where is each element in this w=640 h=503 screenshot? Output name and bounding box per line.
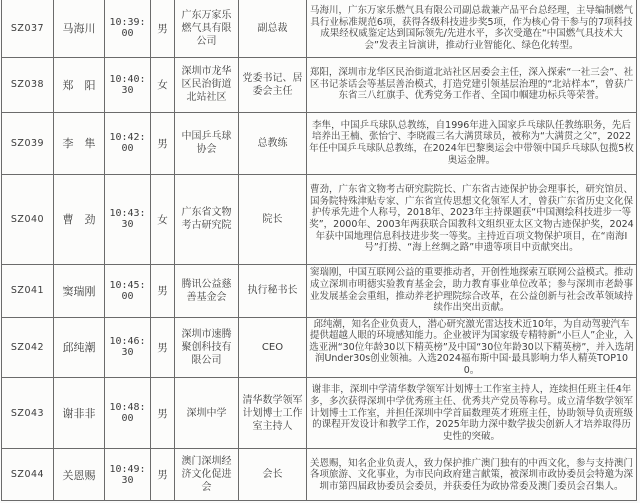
cell-gender: 男 [151, 0, 175, 57]
table-row: SZ041 窦瑞刚 10:45:00 男 腾讯公益慈善基金会 执行秘书长 窦瑞刚… [2, 264, 637, 317]
cell-entry-id: SZ041 [2, 264, 54, 317]
cell-gender: 男 [151, 264, 175, 317]
cell-time: 10:43:30 [105, 174, 151, 264]
table-row: SZ043 谢非非 10:48:00 男 深圳中学 清华数学领军计划博士工作室主… [2, 378, 637, 449]
cell-description: 窦瑞刚，中国互联网公益的重要推动者，开创性地探索互联网公益模式。推动成立深圳市明… [307, 264, 637, 317]
cell-organization: 腾讯公益慈善基金会 [175, 264, 239, 317]
cell-gender: 男 [151, 449, 175, 501]
roster-table-page: SZ037 马海川 10:39:00 男 广东万家乐燃气具有限公司 副总裁 马海… [0, 0, 640, 503]
cell-position: 副总裁 [239, 0, 307, 57]
cell-description: 马海川，广东万家乐燃气具有限公司副总裁兼产品平台总经理，主导编制燃气具行业标准规… [307, 0, 637, 57]
cell-entry-id: SZ040 [2, 174, 54, 264]
cell-time: 10:45:00 [105, 264, 151, 317]
cell-name: 关恩赐 [54, 449, 105, 501]
table-row: SZ042 邱纯潮 10:46:30 男 深圳市速腾聚创科技有限公司 CEO 邱… [2, 317, 637, 378]
cell-name: 郑 阳 [54, 57, 105, 112]
cell-position: CEO [239, 317, 307, 378]
cell-entry-id: SZ038 [2, 57, 54, 112]
table-row: SZ039 李 隼 10:42:00 男 中国乒乓球协会 总教练 李隼，中国乒乓… [2, 112, 637, 174]
table-row: SZ040 曹 劲 10:43:30 女 广东省文物考古研究院 院长 曹劲，广东… [2, 174, 637, 264]
cell-position: 会长 [239, 449, 307, 501]
roster-table-body: SZ037 马海川 10:39:00 男 广东万家乐燃气具有限公司 副总裁 马海… [2, 0, 637, 501]
cell-gender: 男 [151, 112, 175, 174]
cell-position: 党委书记、居委会主任 [239, 57, 307, 112]
table-row: SZ038 郑 阳 10:40:30 女 深圳市龙华区民治街道北站社区 党委书记… [2, 57, 637, 112]
cell-entry-id: SZ043 [2, 378, 54, 449]
cell-description: 李隼，中国乒乓球队总教练，自1996年进入国家乒乓球队任教练职务，先后培养出王楠… [307, 112, 637, 174]
cell-time: 10:48:00 [105, 378, 151, 449]
cell-name: 马海川 [54, 0, 105, 57]
cell-organization: 深圳中学 [175, 378, 239, 449]
cell-description: 谢非非，深圳中学清华数学领军计划博士工作室主持人，连续担任班主任4年多，多次获得… [307, 378, 637, 449]
cell-organization: 中国乒乓球协会 [175, 112, 239, 174]
cell-name: 谢非非 [54, 378, 105, 449]
cell-gender: 女 [151, 57, 175, 112]
cell-entry-id: SZ039 [2, 112, 54, 174]
cell-entry-id: SZ042 [2, 317, 54, 378]
table-row: SZ044 关恩赐 10:49:30 男 澳门深圳经济文化促进会 会长 关恩赐，… [2, 449, 637, 501]
cell-description: 邱纯潮，知名企业负责人，潜心研究激光雷达技术近10年，为自动驾驶汽车提供超越人眼… [307, 317, 637, 378]
cell-gender: 男 [151, 317, 175, 378]
cell-name: 曹 劲 [54, 174, 105, 264]
table-row: SZ037 马海川 10:39:00 男 广东万家乐燃气具有限公司 副总裁 马海… [2, 0, 637, 57]
cell-gender: 男 [151, 378, 175, 449]
cell-position: 院长 [239, 174, 307, 264]
cell-time: 10:42:00 [105, 112, 151, 174]
cell-gender: 女 [151, 174, 175, 264]
cell-time: 10:46:30 [105, 317, 151, 378]
cell-description: 郑阳，深圳市龙华区民治街道北站社区居委会主任，深入探索“一社三会”、社区书记茶话… [307, 57, 637, 112]
cell-description: 曹劲，广东省文物考古研究院院长、广东省古迹保护协会理事长，研究馆员、国务院特殊津… [307, 174, 637, 264]
cell-name: 李 隼 [54, 112, 105, 174]
cell-position: 清华数学领军计划博士工作室主持人 [239, 378, 307, 449]
cell-entry-id: SZ044 [2, 449, 54, 501]
cell-position: 总教练 [239, 112, 307, 174]
cell-organization: 深圳市龙华区民治街道北站社区 [175, 57, 239, 112]
cell-organization: 深圳市速腾聚创科技有限公司 [175, 317, 239, 378]
cell-entry-id: SZ037 [2, 0, 54, 57]
cell-organization: 广东省文物考古研究院 [175, 174, 239, 264]
cell-position: 执行秘书长 [239, 264, 307, 317]
cell-time: 10:39:00 [105, 0, 151, 57]
speaker-roster-table: SZ037 马海川 10:39:00 男 广东万家乐燃气具有限公司 副总裁 马海… [1, 0, 637, 501]
cell-description: 关恩赐，知名企业负责人，致力保护推广澳门独有的中西文化，参与支持澳门各项旅游、文… [307, 449, 637, 501]
cell-time: 10:49:30 [105, 449, 151, 501]
cell-name: 邱纯潮 [54, 317, 105, 378]
cell-organization: 澳门深圳经济文化促进会 [175, 449, 239, 501]
cell-organization: 广东万家乐燃气具有限公司 [175, 0, 239, 57]
cell-name: 窦瑞刚 [54, 264, 105, 317]
cell-time: 10:40:30 [105, 57, 151, 112]
